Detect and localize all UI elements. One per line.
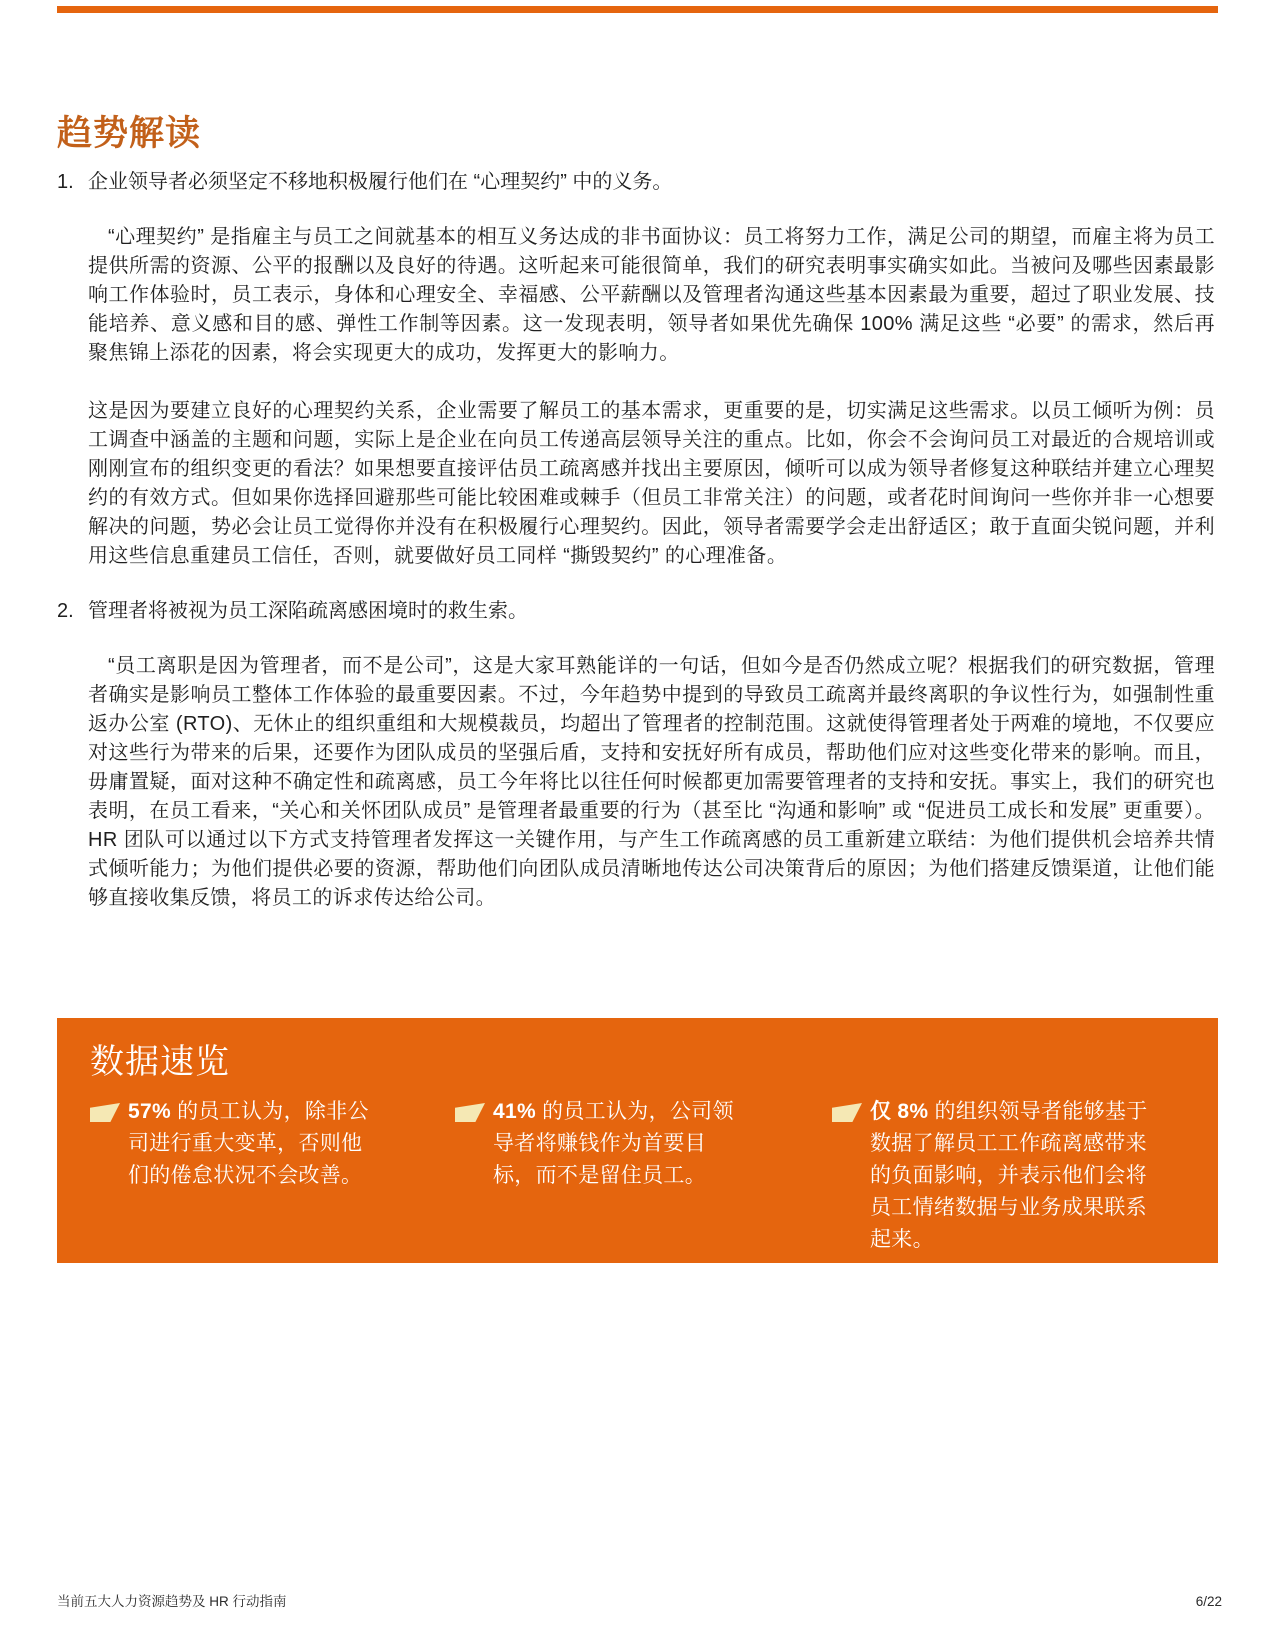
stat-value: 仅 8% — [870, 1100, 928, 1123]
data-box-title: 数据速览 — [90, 1040, 1185, 1084]
data-columns: 57% 的员工认为，除非公司进行重大变革，否则他们的倦怠状况不会改善。 41% … — [90, 1096, 1185, 1256]
trend-number: 2. — [57, 597, 88, 626]
trend-number: 1. — [57, 168, 88, 197]
data-item-text: 41% 的员工认为，公司领导者将赚钱作为首要目标，而不是留住员工。 — [493, 1096, 745, 1192]
page-title: 趋势解读 — [57, 113, 201, 155]
data-item-2: 41% 的员工认为，公司领导者将赚钱作为首要目标，而不是留住员工。 — [455, 1096, 832, 1256]
trend-heading: 管理者将被视为员工深陷疏离感困境时的救生索。 — [88, 597, 1215, 626]
trend-1-paragraph-1: “心理契约” 是指雇主与员工之间就基本的相互义务达成的非书面协议：员工将努力工作… — [88, 223, 1215, 368]
trend-item-2: 2. 管理者将被视为员工深陷疏离感困境时的救生索。 — [57, 597, 1215, 626]
trend-item-1: 1. 企业领导者必须坚定不移地积极履行他们在 “心理契约” 中的义务。 — [57, 168, 1215, 197]
trend-heading: 企业领导者必须坚定不移地积极履行他们在 “心理契约” 中的义务。 — [88, 168, 1215, 197]
flag-icon — [90, 1103, 120, 1122]
footer-page-number: 6/22 — [1196, 1593, 1222, 1611]
data-item-1: 57% 的员工认为，除非公司进行重大变革，否则他们的倦怠状况不会改善。 — [90, 1096, 455, 1256]
top-accent-rule — [57, 6, 1218, 13]
flag-icon — [455, 1103, 485, 1122]
page-footer: 当前五大人力资源趋势及 HR 行动指南 6/22 — [57, 1593, 1222, 1611]
data-highlights-box: 数据速览 57% 的员工认为，除非公司进行重大变革，否则他们的倦怠状况不会改善。… — [57, 1018, 1218, 1263]
data-item-text: 仅 8% 的组织领导者能够基于数据了解员工工作疏离感带来的负面影响，并表示他们会… — [870, 1096, 1162, 1256]
stat-value: 57% — [128, 1100, 171, 1123]
footer-document-title: 当前五大人力资源趋势及 HR 行动指南 — [57, 1593, 287, 1611]
trend-list: 1. 企业领导者必须坚定不移地积极履行他们在 “心理契约” 中的义务。 “心理契… — [57, 168, 1215, 913]
data-item-3: 仅 8% 的组织领导者能够基于数据了解员工工作疏离感带来的负面影响，并表示他们会… — [832, 1096, 1185, 1256]
trend-1-paragraph-2: 这是因为要建立良好的心理契约关系，企业需要了解员工的基本需求，更重要的是，切实满… — [88, 397, 1215, 571]
stat-value: 41% — [493, 1100, 536, 1123]
flag-icon — [832, 1103, 862, 1122]
trend-2-paragraph-1: “员工离职是因为管理者，而不是公司”，这是大家耳熟能详的一句话，但如今是否仍然成… — [88, 652, 1215, 913]
data-item-text: 57% 的员工认为，除非公司进行重大变革，否则他们的倦怠状况不会改善。 — [128, 1096, 380, 1192]
